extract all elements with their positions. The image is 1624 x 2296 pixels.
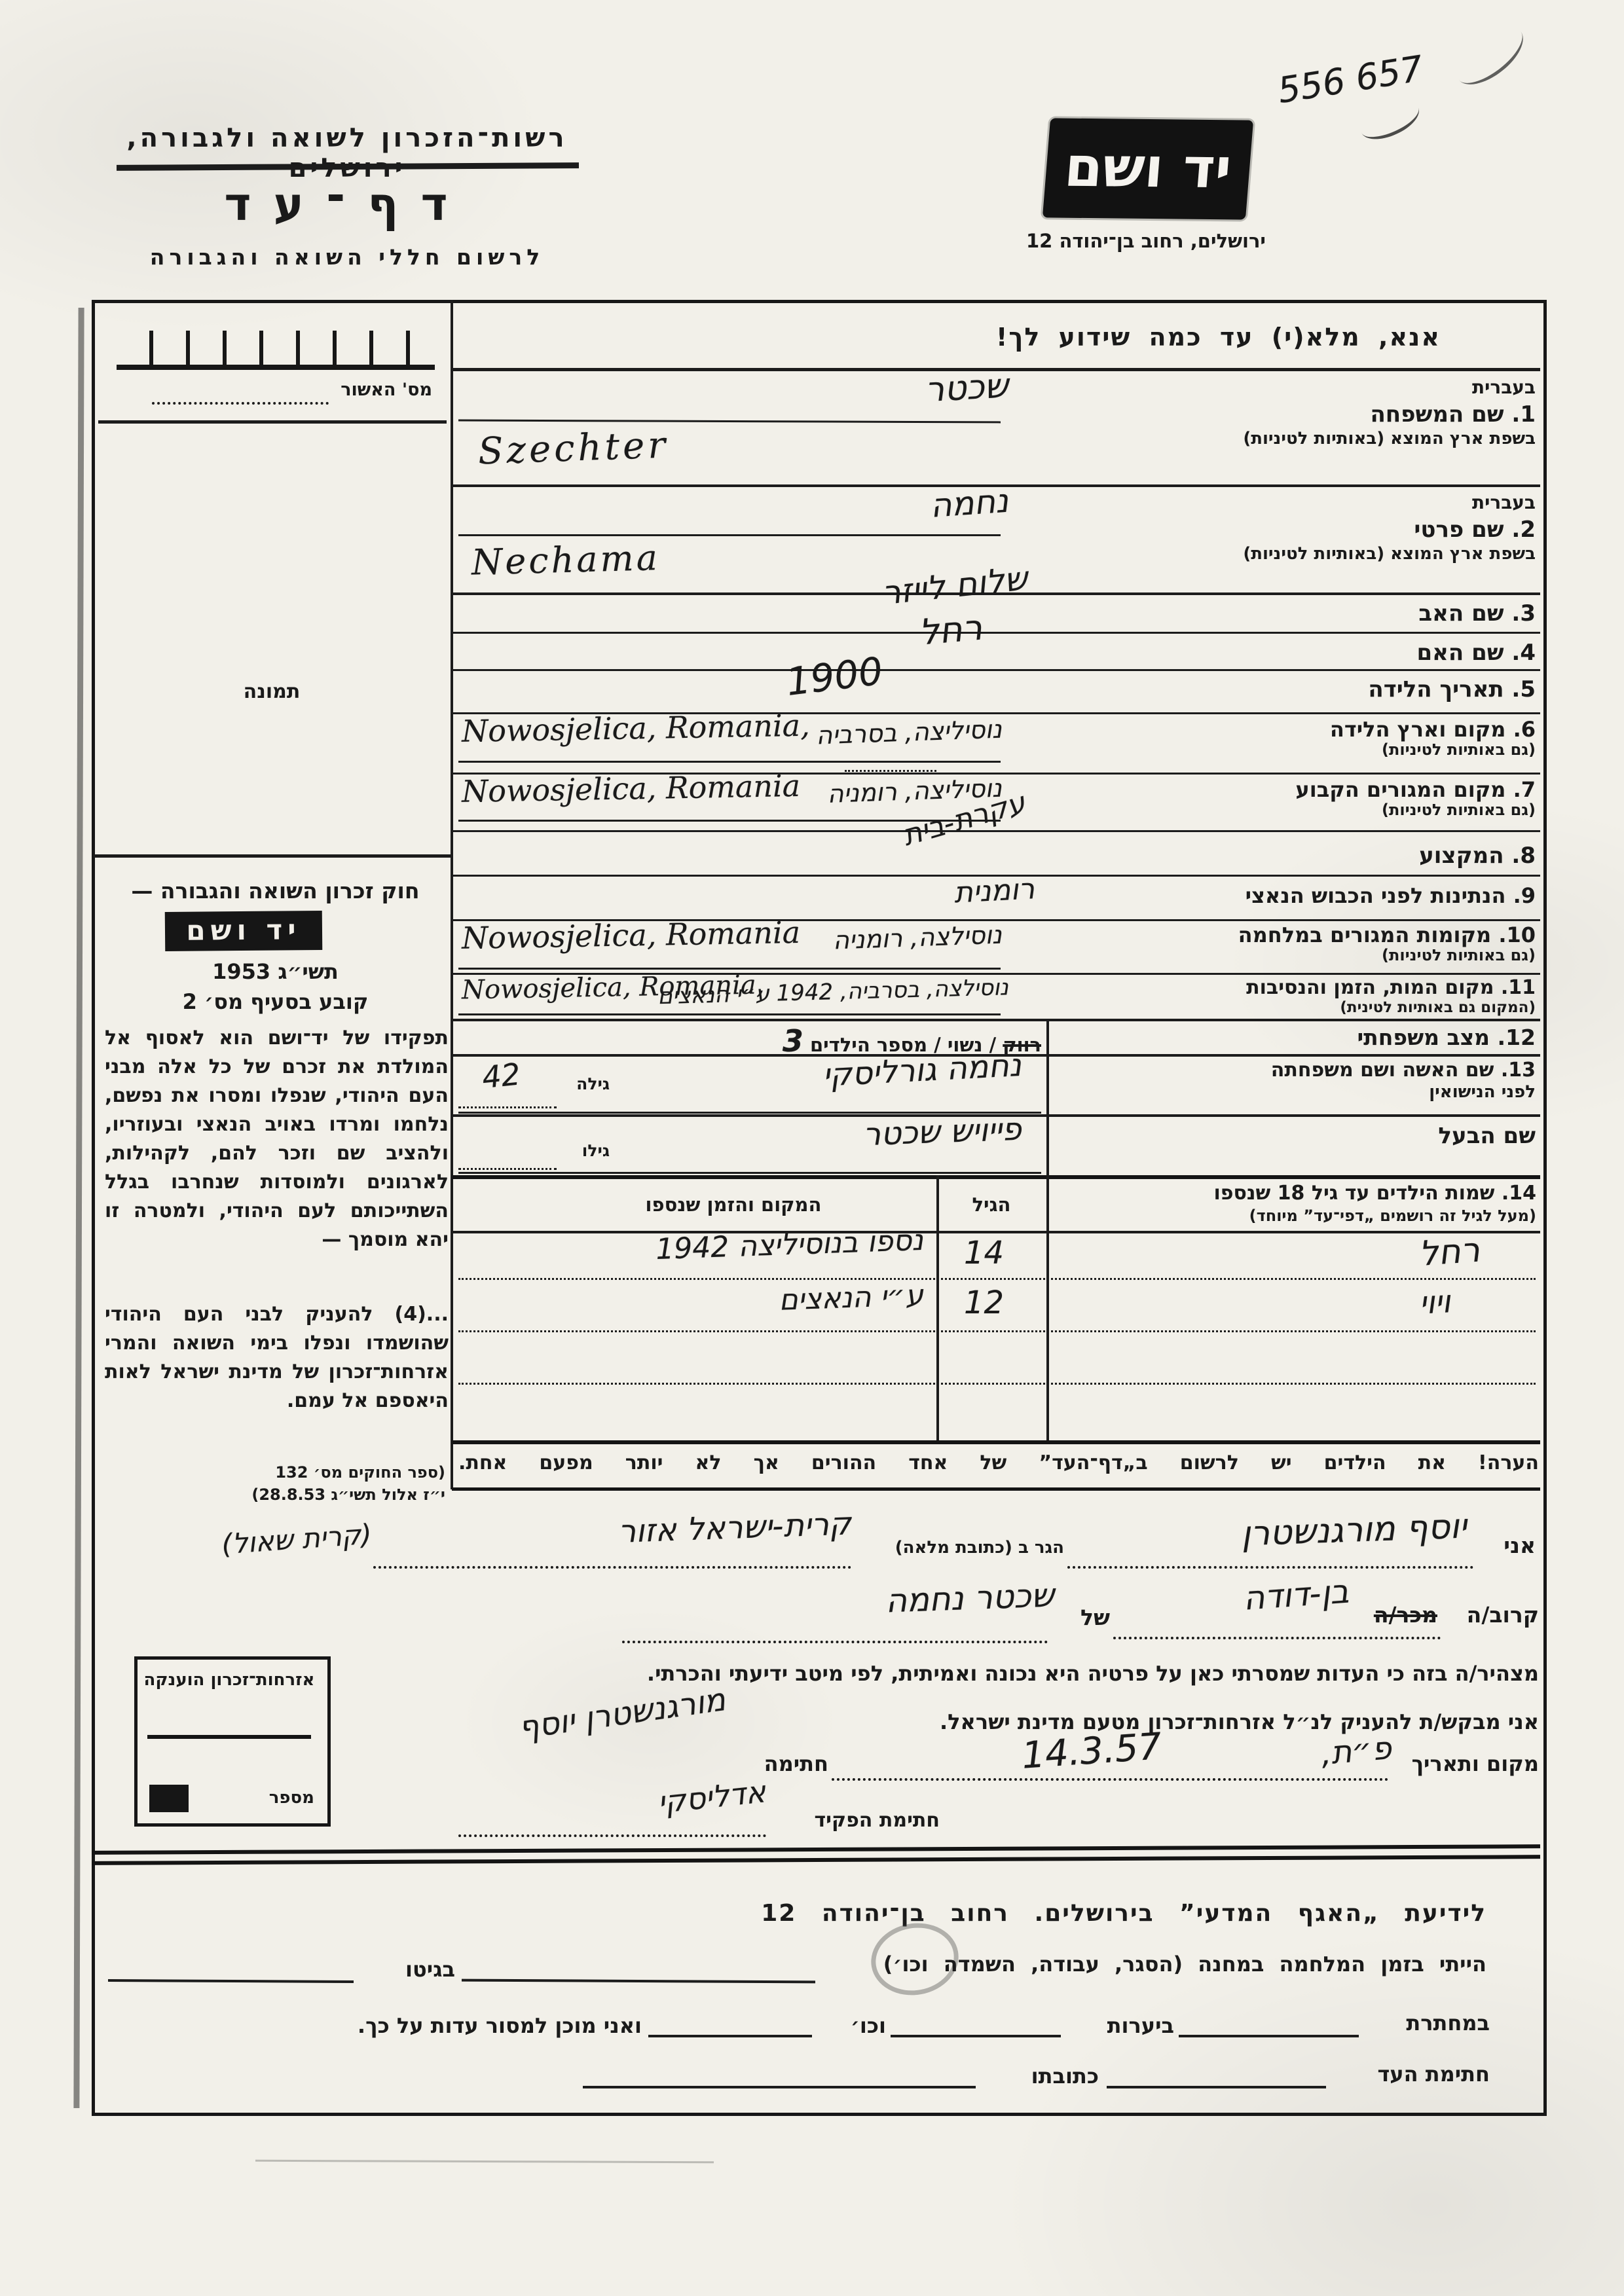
answer-wife-age: 42 [480,1053,549,1095]
answer-residence-latin: Nowosjelica, Romania [462,769,757,809]
children-row-line [458,1278,1536,1280]
form-purpose: לרשום חללי השואה והגבורה [111,245,583,270]
grant-box-title: אזרחות־זכרון הוענקה [141,1671,318,1690]
declaration-i-label: אני [1477,1533,1536,1558]
field-residence-label: 7. מקום המגורים הקבוע [1113,778,1536,802]
field-birthplace-sublabel: (גם באותיות לטיניות) [1244,741,1536,759]
field-first-label: 2. שם פרטי [1277,517,1536,543]
grant-box-stamp-mark [149,1785,189,1812]
answer-line [458,1172,1041,1174]
relation-line [1113,1637,1441,1639]
field-divider [452,669,1540,671]
field-residence-sublabel: (גם באותיות לטיניות) [1244,801,1536,820]
field-first-hebrew-tag: בעברית [1408,492,1536,513]
wife-age-label: גילה [554,1075,610,1094]
field-father-label: 3. שם האב [1310,601,1536,627]
sidebar-law-text: תפקידו של יד־ושם הוא לאסוף אל המולדת את … [105,1024,449,1254]
sidebar-law-source-line2: י״ז אלול תשי״ג 28.8.53) [105,1486,445,1504]
place-date-label: מקום ותאריך [1392,1752,1539,1776]
field-first-sublabel: בשפת ארץ המוצא (באותיות לטיניות) [1002,545,1536,564]
field-divider [452,632,1540,634]
bottom-witness-address-label: כתובתו [981,2064,1099,2088]
children-row-line [458,1383,1536,1385]
victim-name-line [622,1641,1048,1643]
signature-label: חתימה [727,1752,828,1776]
declaration-acquaintance-struck: מכר/ה [1356,1603,1437,1628]
field-death-label: 11. מקום המות, הזמן והנסיבות [1061,977,1536,1000]
faint-stray-line [255,2160,714,2163]
children-names-header-line2: (מעל לגיל זה רושמים „דפי־עד” מיוחד) [1057,1207,1536,1226]
age-dotted-line [458,1106,557,1108]
corner-scribble-icon [1356,94,1425,147]
children-row-line [458,1330,1536,1332]
bottom-section-title: לידיעת „האגף המדעי” בירושלים. רחוב בן־יה… [629,1900,1486,1927]
field-citizenship-label: 9. הנתינות לפני הכבוש הנאצי [1061,884,1536,908]
field-profession-label: 8. המקצוע [1323,843,1536,869]
blank-line [891,2035,1061,2037]
child-row-age: 12 [964,1285,1029,1321]
clerk-signature-line [458,1834,766,1837]
intro-prompt: אנא, מלא(י) עד כמה שידוע לך! [812,323,1441,352]
declaration-relative-label: קרוב/ה [1444,1603,1539,1628]
declaration-statement: מצהיר/ה בזה כי העדות שמסרתי כאן על פרטיה… [458,1662,1539,1686]
declarant-name-line [1067,1566,1473,1569]
child-row-name: ויוי [1306,1283,1452,1327]
sidebar-top-rule [94,854,451,858]
blank-line [583,2086,976,2088]
grant-box-rule [147,1735,311,1739]
children-count-handwritten: 3 [783,1023,803,1059]
field-wife-label-line1: 13. שם האשה ושם משפחתה [1061,1059,1536,1082]
answer-dash-fragment [845,770,936,772]
sidebar-law-title: חוק זכרון השואה והגבורה — [103,879,447,903]
bottom-witness-signature-label: חתימת העד [1333,2062,1490,2086]
logo-address: ירושלים, רחוב בן־יהודה 12 [1008,230,1283,252]
children-table-top-rule [452,1175,1540,1179]
corner-number-handwritten: 556 657 [1275,40,1475,111]
declarant-address-line [373,1566,851,1569]
sidebar-law-section: קובע בסעיף מס׳ 2 [103,990,447,1014]
children-table-header-rule [452,1231,1540,1233]
field-birthplace-label: 6. מקום וארץ הלידה [1113,718,1536,742]
field-wartime-sublabel: (גם באותיות לטיניות) [1244,947,1536,965]
children-table-bottom-rule [452,1440,1540,1444]
authority-title: רשות־הזכרון לשואה ולגבורה, ירושלים [111,123,583,183]
bottom-testify-label: ואני מוכן למסור עדות על כך. [210,2014,642,2038]
answer-first-latin: Nechama [471,534,754,583]
field-family-hebrew-tag: בעברית [1408,377,1536,398]
children-note: הערה! את הילדים יש לרשום ב„דף־העד” של אח… [458,1452,1539,1475]
photo-placeholder-label: תמונה [196,681,347,704]
yad-vashem-logo-stamp: יד ושם [1043,118,1253,219]
blank-line [1179,2035,1359,2037]
bottom-ghetto-label: בגיטו [357,1958,455,1982]
sidebar-law-year: תשי״ג 1953 [103,960,447,984]
answer-line [458,968,1001,970]
answer-birthplace-latin: Nowosjelica, Romania, [462,708,757,749]
field-wife-label-line2: לפני הנישואין [1061,1083,1536,1102]
field-family-label: 1. שם המשפחה [1244,402,1536,428]
place-date-line [832,1778,1388,1781]
declaration-of-label: של [1064,1605,1110,1630]
bottom-underground-label: במחתרת [1365,2011,1490,2035]
bottom-forests-label: ביערות [1066,2014,1174,2038]
note-bottom-rule [452,1487,1540,1491]
answer-wartime-latin: Nowosjelica, Romania [462,915,757,956]
answer-line [458,761,1001,763]
children-names-header-line1: 14. שמות הילדים עד גיל 18 שנספו [1057,1182,1536,1205]
children-age-header: הגיל [939,1194,1044,1216]
bottom-etc-label: וכו׳ [817,2014,886,2038]
children-place-header: המקום והזמן שנספו [550,1194,917,1216]
field-divider [452,1019,1540,1021]
field-family-sublabel: בשפת ארץ המוצא (באותיות לטיניות) [1002,429,1536,449]
approval-number-label: מס' האשור [334,380,432,400]
children-table-names-divider [1046,1019,1049,1442]
field-husband-label: שם הבעל [1061,1123,1536,1149]
grant-box-number-label: מספר [236,1789,314,1808]
declaration-address-label: הגר ב (כתובת מלאה) [858,1539,1064,1558]
photo-column-divider [451,300,453,1489]
photocopy-edge-artifact [73,308,84,2108]
approval-number-line [152,402,329,405]
bottom-camp-label: הייתי בזמן המלחמה במחנה (הסגר, עבודה, הש… [825,1952,1486,1977]
field-death-sublabel: (המקום גם באותיות לטינית) [1244,999,1536,1016]
field-mother-label: 4. שם האם [1310,640,1536,666]
answer-death-latin: Nowosjelica, Romania, [462,971,724,1006]
blank-line [648,2035,812,2037]
field-divider [452,830,1540,832]
answer-line [458,1013,1001,1015]
form-title: דף־עד [111,178,583,231]
field-birthdate-label: 5. תאריך הלידה [1264,677,1536,702]
blank-line [1107,2086,1326,2088]
husband-age-label: גילו [554,1142,610,1161]
photo-box-rule [98,420,447,424]
child-row-age: 14 [964,1235,1029,1271]
field-wartime-label: 10. מקומות המגורים במלחמה [1061,923,1536,947]
sidebar-law-source-line1: (ספר החוקים מס׳ 132 [105,1464,445,1482]
sidebar-law-clause: ...(4) להעניק לבני העם היהודי שהושמדו ונ… [105,1300,449,1415]
sidebar-yad-vashem-logo: יד ושם [165,911,323,951]
field-marital-label: 12. מצב משפחתי [1277,1025,1536,1050]
clerk-signature-label: חתימת הפקיד [773,1810,940,1832]
comb-ruler-icon [117,331,435,370]
yad-vashem-daf-ed-form: 556 657 יד ושם ירושלים, רחוב בן־יהודה 12… [0,0,1624,2296]
age-dotted-line [458,1168,557,1170]
